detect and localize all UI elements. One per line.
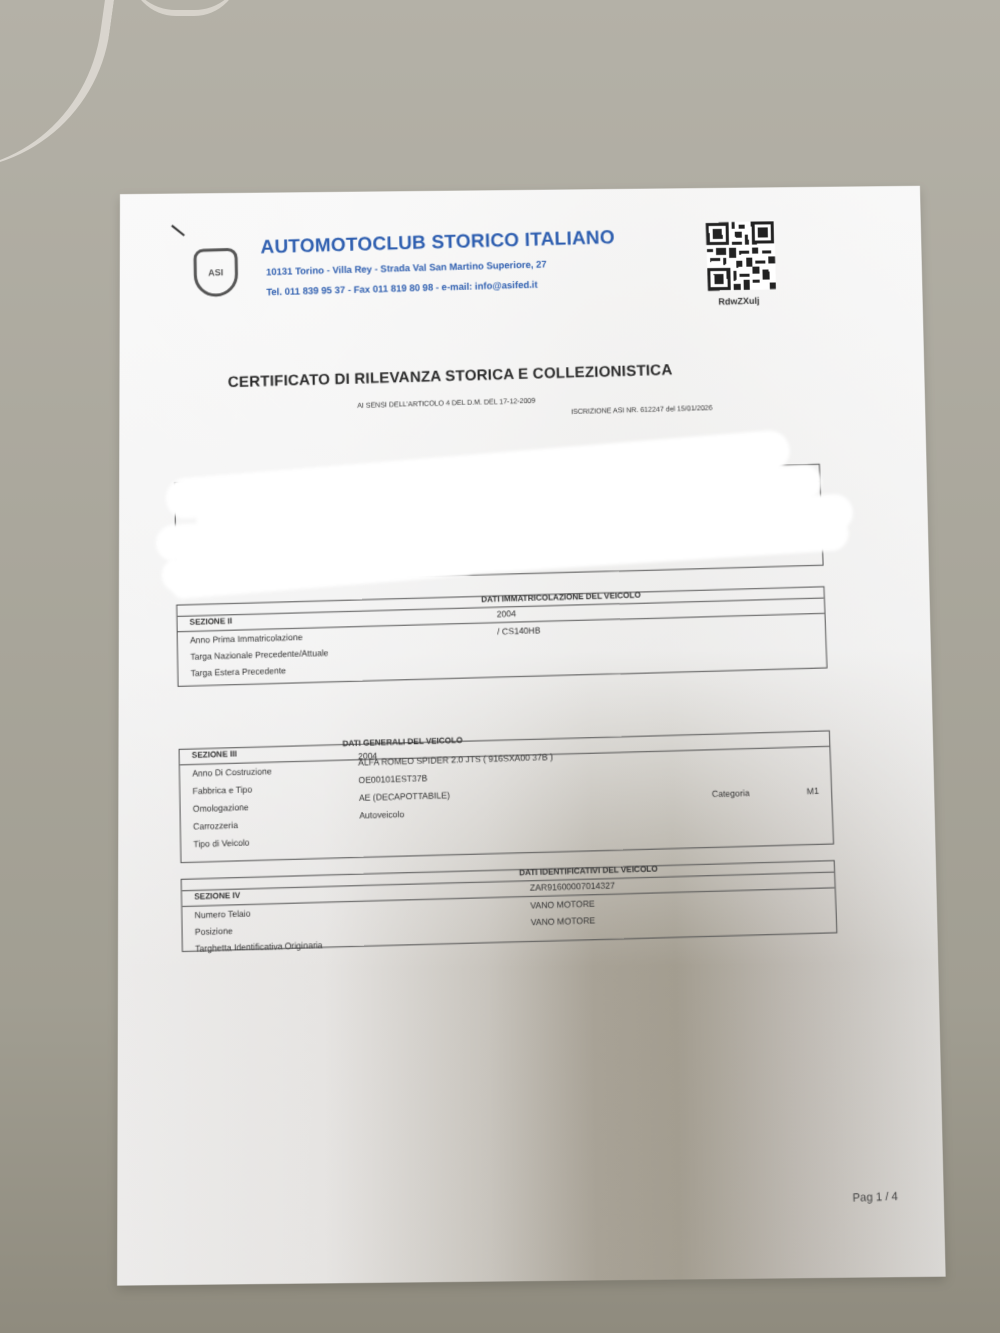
body-type: AE (DECAPOTTABILE) (359, 790, 450, 803)
field-label: Anno Prima Immatricolazione (190, 632, 303, 645)
legal-reference: AI SENSI DELL'ARTICOLO 4 DEL D.M. DEL 17… (357, 398, 535, 410)
section-4-identification: DATI IDENTIFICATIVI DEL VEICOLO SEZIONE … (181, 860, 838, 952)
field-label: Carrozzeria (193, 820, 238, 832)
organization-contacts: Tel. 011 839 95 37 - Fax 011 819 80 98 -… (266, 280, 538, 299)
certificate-page: ASI AUTOMOTOCLUB STORICO ITALIANO 10131 … (117, 186, 946, 1286)
national-plate: / CS140HB (497, 625, 540, 636)
organization-address: 10131 Torino - Villa Rey - Strada Val Sa… (266, 259, 547, 278)
vehicle-type: Autoveicolo (359, 809, 404, 821)
field-label: Omologazione (193, 802, 249, 814)
section-3-general-data: SEZIONE III DATI GENERALI DEL VEICOLO 20… (179, 730, 835, 863)
category-label: Categoria (712, 788, 750, 799)
asi-logo-icon: ASI (193, 248, 238, 297)
page-number: Pag 1 / 4 (852, 1191, 898, 1205)
section-label: SEZIONE II (190, 616, 233, 626)
section-label: SEZIONE III (192, 749, 237, 760)
field-label: Tipo di Veicolo (193, 837, 249, 849)
qr-code-label: RdwZXulj (718, 296, 759, 307)
chassis-position: VANO MOTORE (530, 898, 595, 910)
field-label: Anno Di Costruzione (192, 766, 272, 779)
field-label: Targhetta Identificativa Originaria (195, 940, 323, 954)
qr-code-icon (706, 221, 777, 291)
first-registration-year: 2004 (497, 608, 516, 619)
original-id-plate: VANO MOTORE (531, 915, 596, 927)
cable (130, 0, 240, 16)
section-1-owner: SEZIONE I Nome (174, 464, 824, 584)
staple-mark (171, 225, 185, 237)
organization-name: AUTOMOTOCLUB STORICO ITALIANO (260, 227, 615, 259)
cable (0, 0, 129, 190)
section-2-registration: DATI IMMATRICOLAZIONE DEL VEICOLO SEZION… (176, 586, 827, 687)
section-title: DATI GENERALI DEL VEICOLO (342, 736, 462, 749)
category-value: M1 (807, 786, 819, 797)
registration-number: ISCRIZIONE ASI NR. 612247 del 15/01/2026 (571, 405, 713, 416)
chassis-number: ZAR91600007014327 (530, 880, 615, 893)
field-label: Numero Telaio (195, 908, 251, 920)
section-title: DATI IDENTIFICATIVI DEL VEICOLO (519, 864, 658, 877)
section-label: SEZIONE IV (194, 891, 240, 902)
homologation: OE00101EST37B (358, 773, 427, 785)
document-title: CERTIFICATO DI RILEVANZA STORICA E COLLE… (228, 362, 673, 392)
field-label: Targa Estera Precedente (190, 665, 286, 678)
field-label: Posizione (195, 925, 233, 937)
field-label: Targa Nazionale Precedente/Attuale (190, 648, 328, 662)
field-label: Fabbrica e Tipo (192, 784, 252, 796)
section-title: DATI IMMATRICOLAZIONE DEL VEICOLO (481, 590, 641, 604)
